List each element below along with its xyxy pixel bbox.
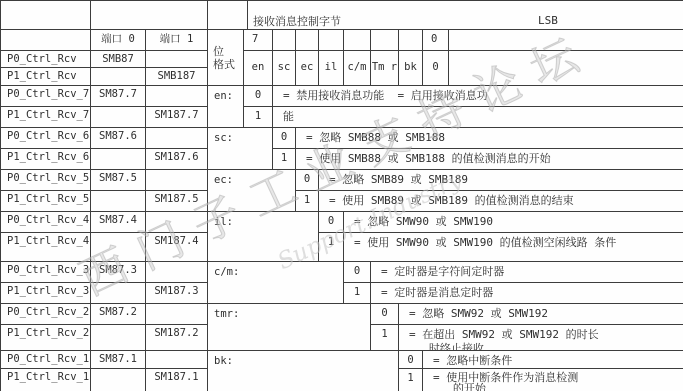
bit-description: 能	[272, 106, 683, 127]
empty-cell	[145, 50, 207, 67]
empty-cell	[145, 303, 207, 324]
bit-description: = 在超出 SMW92 或 SMW192 的时长 时终止接收	[398, 324, 683, 350]
format-bit-header-tmr: Tm r	[370, 50, 398, 85]
bit0-header: 0	[422, 29, 448, 50]
empty-cell	[448, 50, 683, 85]
bit-value: 0	[295, 169, 318, 190]
bit-value: 1	[272, 148, 295, 169]
empty-cell	[207, 0, 247, 29]
empty-cell	[90, 190, 145, 211]
empty-cell	[145, 350, 207, 368]
bit-description: = 使用中断条件作为消息检测 的开始	[422, 368, 683, 391]
port0-address: SMB87	[90, 50, 145, 67]
bit-description: = 禁用接收消息功能 = 启用接收消息功	[272, 85, 683, 106]
empty-cell	[295, 29, 318, 50]
row-label: P1_Ctrl_Rcv_4	[0, 232, 90, 261]
bit-description: = 使用 SMW90 或 SMW190 的值检测空闲线路 条件	[343, 232, 683, 261]
row-label: P0_Ctrl_Rcv_4	[0, 211, 90, 232]
manual-table-page: 接收消息控制字节 MSB LSB 端口 0 端口 1 位 格式 7 0 P0_C…	[0, 0, 683, 391]
bit-description: = 定时器是消息定时器	[370, 282, 683, 303]
empty-cell	[343, 29, 370, 50]
bit-label: en:	[207, 85, 243, 127]
format-bit-header-en: en	[243, 50, 272, 85]
bit-label: il:	[207, 211, 318, 261]
bit-value: 0	[272, 127, 295, 148]
bit-description: = 忽略 SMW92 或 SMW192	[398, 303, 683, 324]
bit-format-header: 位 格式	[207, 29, 247, 85]
bit-description: = 忽略中断条件	[422, 350, 683, 368]
port1-address: SM187.5	[145, 190, 207, 211]
port0-header: 端口 0	[90, 29, 145, 50]
bit-description: = 忽略 SMB88 或 SMB188	[295, 127, 683, 148]
port1-header: 端口 1	[145, 29, 207, 50]
bit-value: 1	[318, 232, 343, 261]
bit-description: = 定时器是字符间定时器	[370, 261, 683, 282]
bit-value: 0	[243, 85, 272, 106]
bit-description: = 使用 SMB88 或 SMB188 的值检测消息的开始	[295, 148, 683, 169]
port0-address: SM87.4	[90, 211, 145, 232]
empty-cell	[0, 29, 90, 50]
port1-address: SM187.2	[145, 324, 207, 350]
port0-address: SM87.2	[90, 303, 145, 324]
bit-description: = 忽略 SMB89 或 SMB189	[318, 169, 683, 190]
empty-cell	[90, 148, 145, 169]
bit-value: 0	[343, 261, 370, 282]
bit-value: 0	[398, 350, 422, 368]
port1-address: SM187.6	[145, 148, 207, 169]
bit-value: 1	[398, 368, 422, 391]
empty-cell	[370, 29, 398, 50]
port0-address: SM87.6	[90, 127, 145, 148]
empty-cell	[90, 106, 145, 127]
row-label: P0_Ctrl_Rcv_6	[0, 127, 90, 148]
port0-address: SM87.5	[90, 169, 145, 190]
empty-cell	[448, 29, 683, 50]
format-bit-header-ec: ec	[295, 50, 318, 85]
bit-value: 1	[243, 106, 272, 127]
bit-value: 1	[370, 324, 398, 350]
empty-cell	[145, 85, 207, 106]
empty-cell	[90, 0, 207, 29]
row-label: P0_Ctrl_Rcv_3	[0, 261, 90, 282]
bit-label: ec:	[207, 169, 295, 211]
row-label: P1_Ctrl_Rcv_6	[0, 148, 90, 169]
format-bit-header-bk: bk	[398, 50, 422, 85]
row-label: P1_Ctrl_Rcv_1	[0, 368, 90, 391]
bit-value: 0	[370, 303, 398, 324]
msb-title: 接收消息控制字节 MSB	[253, 15, 341, 29]
empty-cell	[145, 211, 207, 232]
port0-address: SM87.7	[90, 85, 145, 106]
port1-address: SM187.7	[145, 106, 207, 127]
format-bit-header-il: il	[318, 50, 343, 85]
empty-cell	[90, 232, 145, 261]
bit-description: = 使用 SMB89 或 SMB189 的值检测消息的结束	[318, 190, 683, 211]
empty-cell	[90, 368, 145, 391]
empty-cell	[90, 324, 145, 350]
bit-label: bk:	[207, 350, 398, 391]
empty-cell	[90, 67, 145, 85]
empty-cell	[272, 29, 295, 50]
bit-value: 0	[318, 211, 343, 232]
bit-value: 1	[343, 282, 370, 303]
bit-label: tmr:	[207, 303, 370, 350]
bit-label: c/m:	[207, 261, 343, 303]
empty-cell	[145, 261, 207, 282]
port1-address: SMB187	[145, 67, 207, 85]
row-label: P1_Ctrl_Rcv	[0, 67, 90, 85]
bit7-header: 7	[243, 29, 272, 50]
empty-cell	[145, 169, 207, 190]
bit-label: sc:	[207, 127, 272, 169]
port0-address: SM87.3	[90, 261, 145, 282]
row-label: P1_Ctrl_Rcv_5	[0, 190, 90, 211]
row-label: P1_Ctrl_Rcv_3	[0, 282, 90, 303]
empty-cell	[398, 29, 422, 50]
row-label: P1_Ctrl_Rcv_7	[0, 106, 90, 127]
port1-address: SM187.4	[145, 232, 207, 261]
control-byte-header: 接收消息控制字节 MSB LSB	[247, 0, 683, 29]
lsb-label: LSB	[538, 14, 558, 27]
row-label: P0_Ctrl_Rcv	[0, 50, 90, 67]
format-bit-header-sc: sc	[272, 50, 295, 85]
format-bit-header-cm: c/m	[343, 50, 370, 85]
port1-address: SM187.1	[145, 368, 207, 391]
empty-cell	[145, 127, 207, 148]
port0-address: SM87.1	[90, 350, 145, 368]
empty-cell	[90, 282, 145, 303]
row-label: P0_Ctrl_Rcv_5	[0, 169, 90, 190]
row-label: P0_Ctrl_Rcv_2	[0, 303, 90, 324]
port1-address: SM187.3	[145, 282, 207, 303]
empty-cell	[318, 29, 343, 50]
bit-description: = 忽略 SMW90 或 SMW190	[343, 211, 683, 232]
format-bit-header-zero: 0	[422, 50, 448, 85]
row-label: P0_Ctrl_Rcv_1	[0, 350, 90, 368]
row-label: P0_Ctrl_Rcv_7	[0, 85, 90, 106]
empty-cell	[0, 0, 90, 29]
row-label: P1_Ctrl_Rcv_2	[0, 324, 90, 350]
bit-value: 1	[295, 190, 318, 211]
